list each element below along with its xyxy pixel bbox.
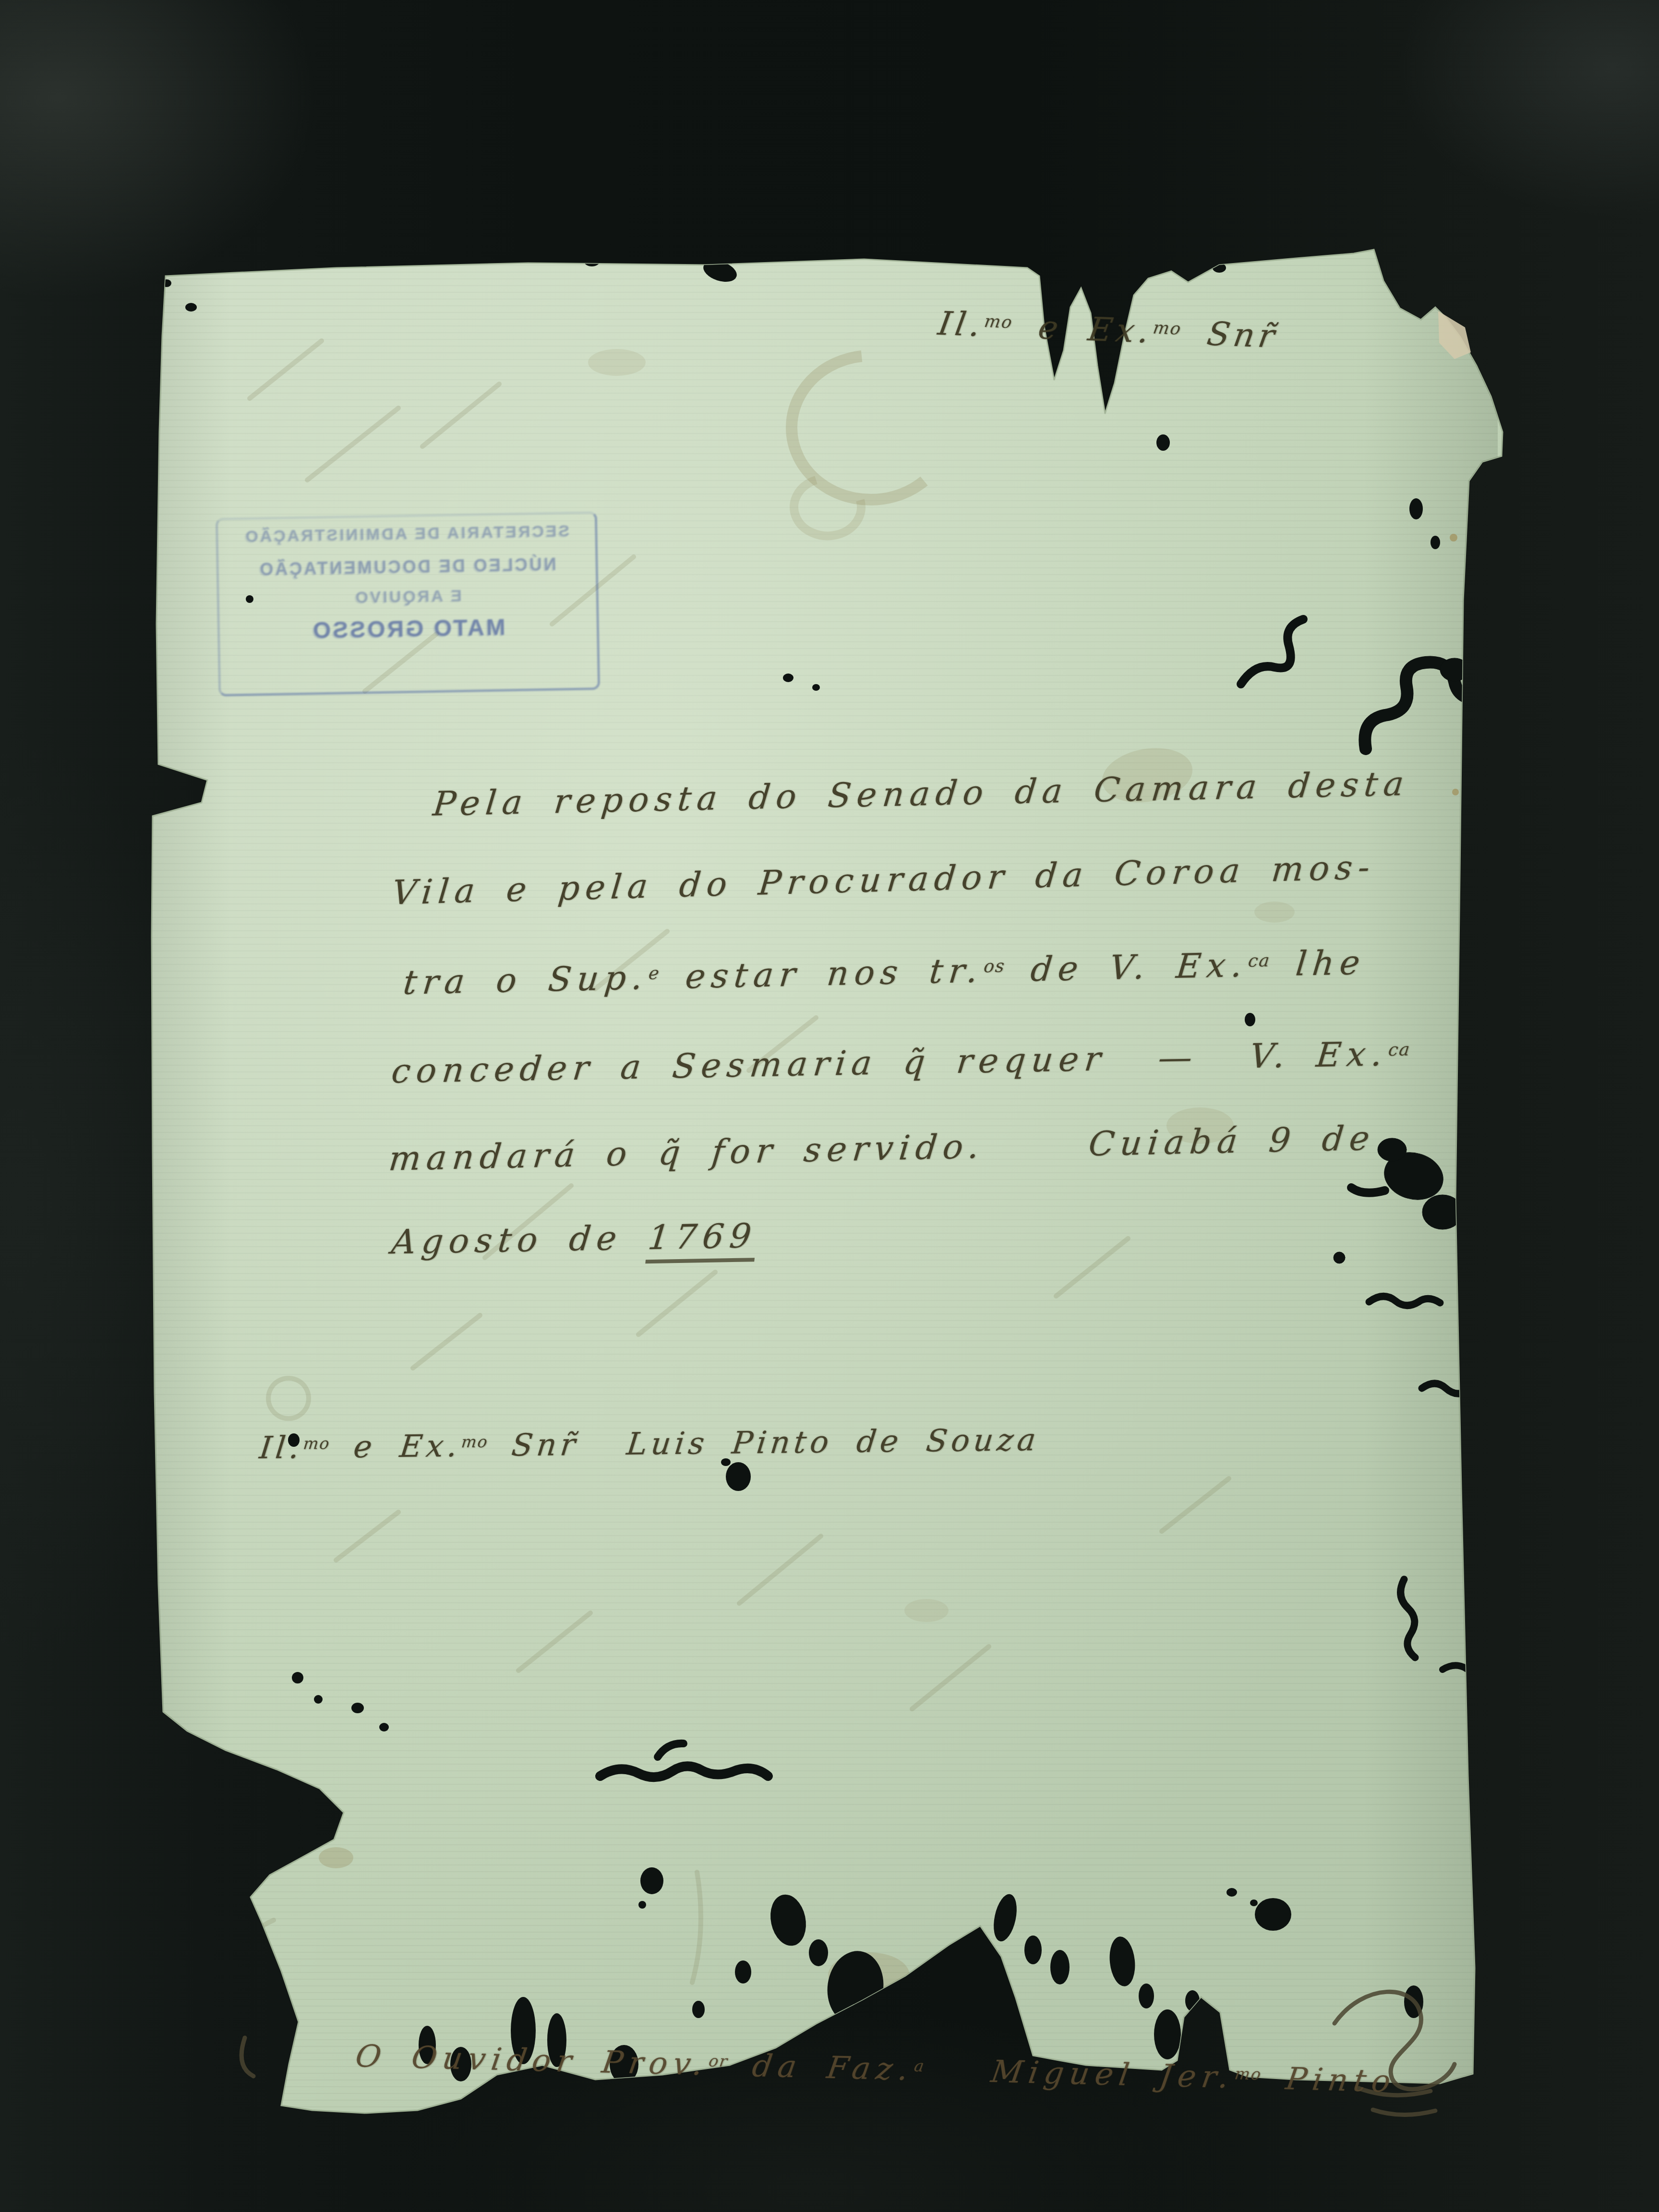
text-segment: Agosto de — [390, 1218, 650, 1262]
text-segment: or — [708, 2051, 730, 2070]
stamp-line: E ARQUIVO — [219, 584, 596, 610]
text-segment: mo — [460, 1432, 489, 1452]
text-segment: e Ex. — [327, 1429, 463, 1466]
text-segment: ca — [1387, 1039, 1412, 1060]
addressee-name: Luis Pinto de Souza — [625, 1422, 1042, 1462]
text-segment: da Faz. — [725, 2048, 916, 2088]
text-segment: Il. — [936, 305, 987, 344]
text-segment: Snr̃ — [486, 1427, 581, 1464]
text-segment: O Ouvidor Prov. — [353, 2039, 711, 2083]
text-segment: lhe — [1268, 943, 1367, 984]
text-segment: mo — [302, 1434, 331, 1453]
salutation-header: Il.mo e Ex.mo Snr̃ — [823, 263, 1287, 393]
text-segment: Pinto — [1258, 2061, 1398, 2100]
manuscript-photo: SECRETARIA DE ADMINISTRAÇÃO NÚCLEO DE DO… — [0, 0, 1659, 2212]
text-segment: mo — [983, 312, 1014, 332]
signer-name: Miguel Jer. — [989, 2054, 1237, 2095]
text-segment: a — [913, 2056, 926, 2075]
text-segment: de V. Ex. — [1003, 945, 1250, 990]
text-segment: os — [983, 955, 1006, 976]
text-segment: ca — [1247, 950, 1271, 971]
body-line-date: Agosto de 1769 — [281, 1177, 763, 1303]
text-segment: mandará o q̃ for servido. Cuiabá 9 de — [387, 1118, 1377, 1178]
stamp-line: SECRETARIA DE ADMINISTRAÇÃO — [218, 521, 595, 547]
text-segment: Vila e pela do Procurador da Coroa mos- — [390, 847, 1377, 913]
text-segment: mo — [1234, 2064, 1263, 2083]
stamp-line: NÚCLEO DE DOCUMENTAÇÃO — [218, 553, 596, 580]
year-1769: 1769 — [646, 1216, 759, 1263]
text-segment: tra o Sup. — [401, 958, 650, 1002]
text-segment: e Ex. — [1009, 308, 1156, 351]
text-segment: estar nos tr. — [658, 950, 986, 997]
text-segment: mo — [1152, 318, 1183, 339]
text-segment: Il. — [258, 1430, 305, 1466]
stamp-line: MATO GROSSO — [219, 613, 597, 646]
text-segment: Snr̃ — [1178, 314, 1281, 355]
archive-stamp: SECRETARIA DE ADMINISTRAÇÃO NÚCLEO DE DO… — [216, 511, 600, 697]
salutation-addressee-line: Il.mo e Ex.mo Snr̃Luis Pinto de Souza — [157, 1387, 1046, 1503]
